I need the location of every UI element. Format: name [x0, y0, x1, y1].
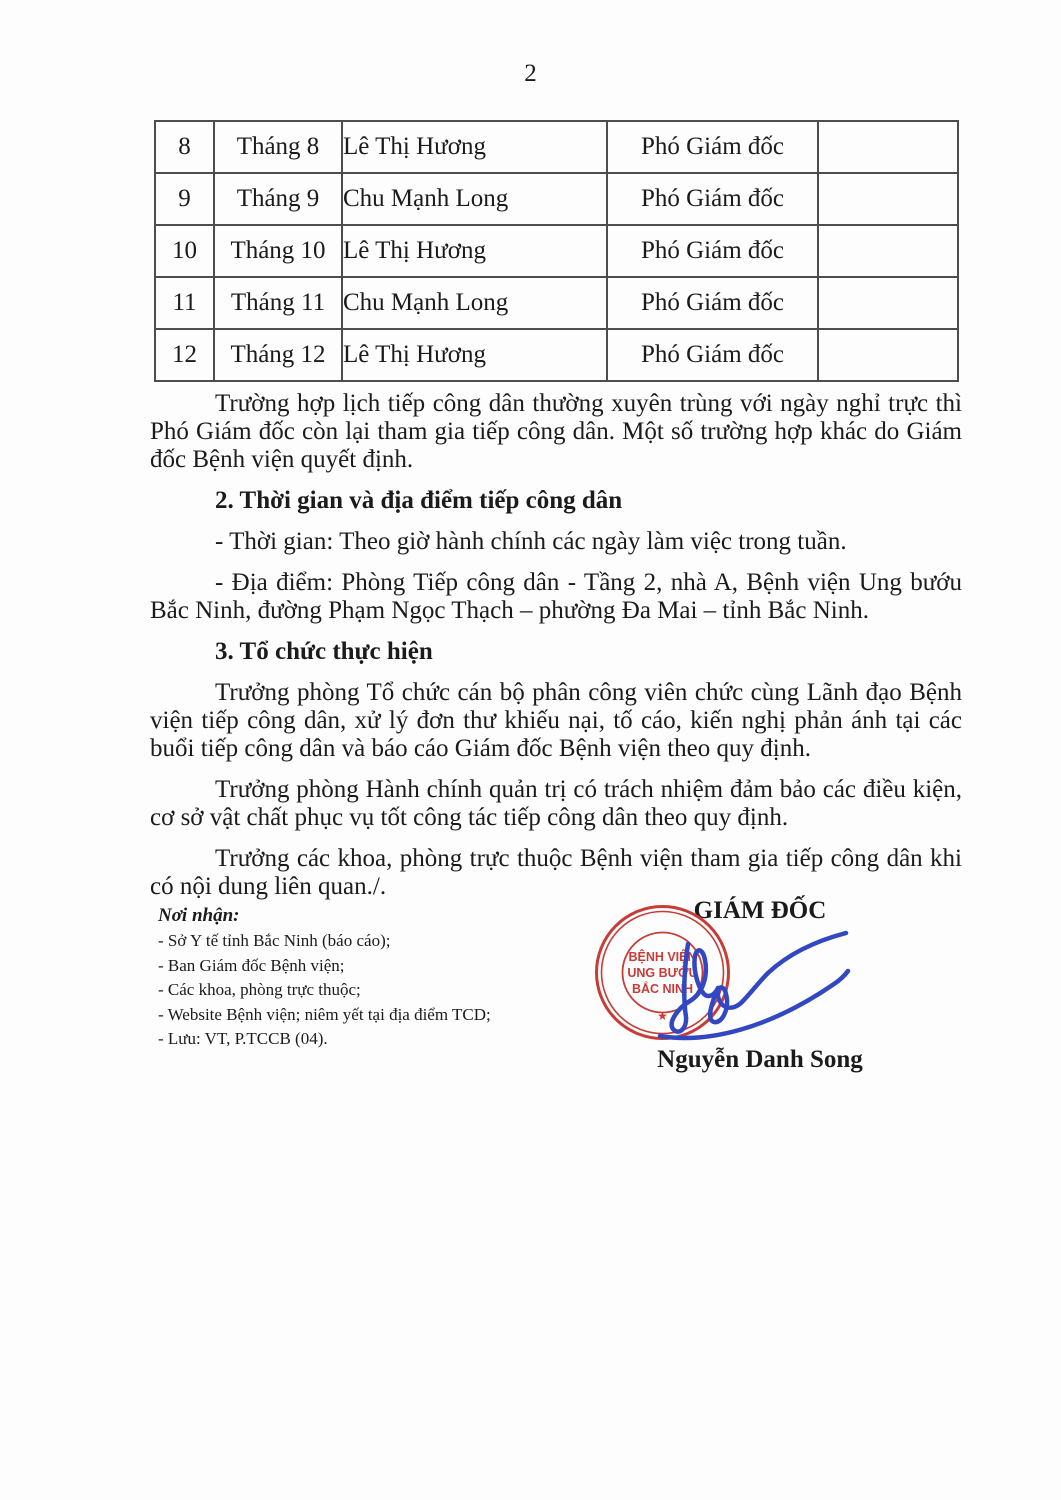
time-line: - Thời gian: Theo giờ hành chính các ngà… — [150, 528, 962, 556]
cell-name: Lê Thị Hương — [342, 121, 607, 173]
cell-name: Lê Thị Hương — [342, 225, 607, 277]
section-heading-time-place: 2. Thời gian và địa điểm tiếp công dân — [150, 487, 962, 515]
recipient-item: - Website Bệnh viện; niêm yết tại địa đi… — [158, 1003, 578, 1028]
cell-title: Phó Giám đốc — [607, 277, 818, 329]
cell-month: Tháng 12 — [214, 329, 342, 381]
cell-name: Chu Mạnh Long — [342, 277, 607, 329]
recipient-item: - Ban Giám đốc Bệnh viện; — [158, 954, 578, 979]
recipients-label: Nơi nhận: — [158, 903, 578, 929]
place-line: - Địa điểm: Phòng Tiếp công dân - Tầng 2… — [150, 569, 962, 625]
recipient-item: - Sở Y tế tỉnh Bắc Ninh (báo cáo); — [158, 929, 578, 954]
handwritten-signature — [648, 922, 863, 1050]
duty-schedule-table: 8 Tháng 8 Lê Thị Hương Phó Giám đốc 9 Th… — [154, 120, 959, 382]
section-heading-implementation: 3. Tổ chức thực hiện — [150, 638, 962, 666]
body-content: Trường hợp lịch tiếp công dân thường xuy… — [150, 390, 962, 914]
table-row: 12 Tháng 12 Lê Thị Hương Phó Giám đốc — [155, 329, 958, 381]
table-row: 10 Tháng 10 Lê Thị Hương Phó Giám đốc — [155, 225, 958, 277]
cell-title: Phó Giám đốc — [607, 173, 818, 225]
cell-note — [818, 277, 958, 329]
page-number: 2 — [0, 60, 1061, 88]
signer-name: Nguyễn Danh Song — [560, 1046, 960, 1074]
cell-note — [818, 329, 958, 381]
cell-month: Tháng 9 — [214, 173, 342, 225]
cell-title: Phó Giám đốc — [607, 225, 818, 277]
cell-title: Phó Giám đốc — [607, 121, 818, 173]
cell-month: Tháng 10 — [214, 225, 342, 277]
cell-note — [818, 225, 958, 277]
paragraph-tccb: Trưởng phòng Tổ chức cán bộ phân công vi… — [150, 679, 962, 763]
table-row: 8 Tháng 8 Lê Thị Hương Phó Giám đốc — [155, 121, 958, 173]
document-page: 2 8 Tháng 8 Lê Thị Hương Phó Giám đốc 9 … — [0, 0, 1061, 1500]
recipient-item: - Các khoa, phòng trực thuộc; — [158, 978, 578, 1003]
cell-stt: 9 — [155, 173, 214, 225]
cell-name: Lê Thị Hương — [342, 329, 607, 381]
cell-month: Tháng 8 — [214, 121, 342, 173]
paragraph-khoa: Trưởng các khoa, phòng trực thuộc Bệnh v… — [150, 845, 962, 901]
cell-stt: 11 — [155, 277, 214, 329]
cell-title: Phó Giám đốc — [607, 329, 818, 381]
paragraph-backup-duty: Trường hợp lịch tiếp công dân thường xuy… — [150, 390, 962, 474]
signature-stroke — [710, 933, 846, 1022]
cell-name: Chu Mạnh Long — [342, 173, 607, 225]
table-row: 9 Tháng 9 Chu Mạnh Long Phó Giám đốc — [155, 173, 958, 225]
cell-note — [818, 121, 958, 173]
recipient-item: - Lưu: VT, P.TCCB (04). — [158, 1027, 578, 1052]
cell-month: Tháng 11 — [214, 277, 342, 329]
cell-stt: 12 — [155, 329, 214, 381]
cell-stt: 10 — [155, 225, 214, 277]
paragraph-hcqt: Trưởng phòng Hành chính quản trị có trác… — [150, 776, 962, 832]
cell-note — [818, 173, 958, 225]
recipients-block: Nơi nhận: - Sở Y tế tỉnh Bắc Ninh (báo c… — [158, 903, 578, 1052]
cell-stt: 8 — [155, 121, 214, 173]
table-row: 11 Tháng 11 Chu Mạnh Long Phó Giám đốc — [155, 277, 958, 329]
